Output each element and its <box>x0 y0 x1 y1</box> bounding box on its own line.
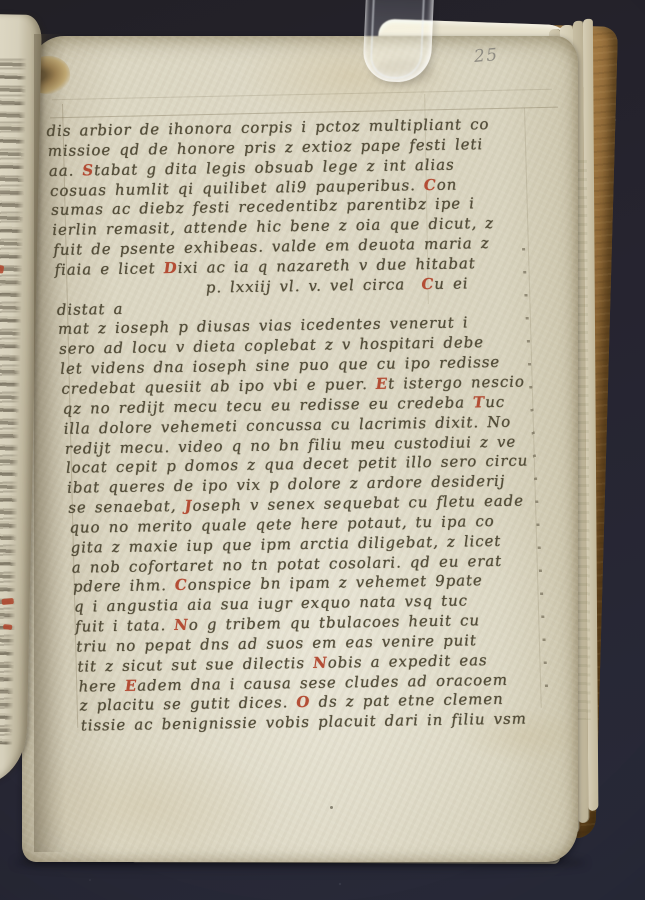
fore-edge-leaf <box>583 19 599 811</box>
rubricated-initial: C <box>423 175 437 193</box>
rubricated-initial: N <box>174 616 190 634</box>
photo-backdrop: 25 dis arbior de ihonora corpis i pctoz … <box>0 0 645 900</box>
facing-page-text-texture <box>0 56 27 744</box>
parchment-speck <box>330 806 333 809</box>
rubricated-initial: E <box>375 375 388 393</box>
rubricated-initial: T <box>473 393 486 411</box>
facing-page-rubric-mark <box>1 598 13 605</box>
manuscript-page: 25 dis arbior de ihonora corpis i pctoz … <box>22 36 578 862</box>
manuscript-text: dis arbior de ihonora corpis i pctoz mul… <box>46 114 578 737</box>
facing-page-rubric-mark <box>3 624 12 630</box>
rubricated-initial: C <box>174 576 188 594</box>
rubricated-initial: D <box>163 259 178 277</box>
rubricated-initial: O <box>296 693 311 711</box>
ruling-line-top-faint <box>52 89 552 100</box>
rubricated-initial: C <box>421 275 435 293</box>
rubricated-initial: N <box>313 653 329 671</box>
rubricated-initial: E <box>124 676 137 694</box>
folio-number: 25 <box>473 45 499 67</box>
